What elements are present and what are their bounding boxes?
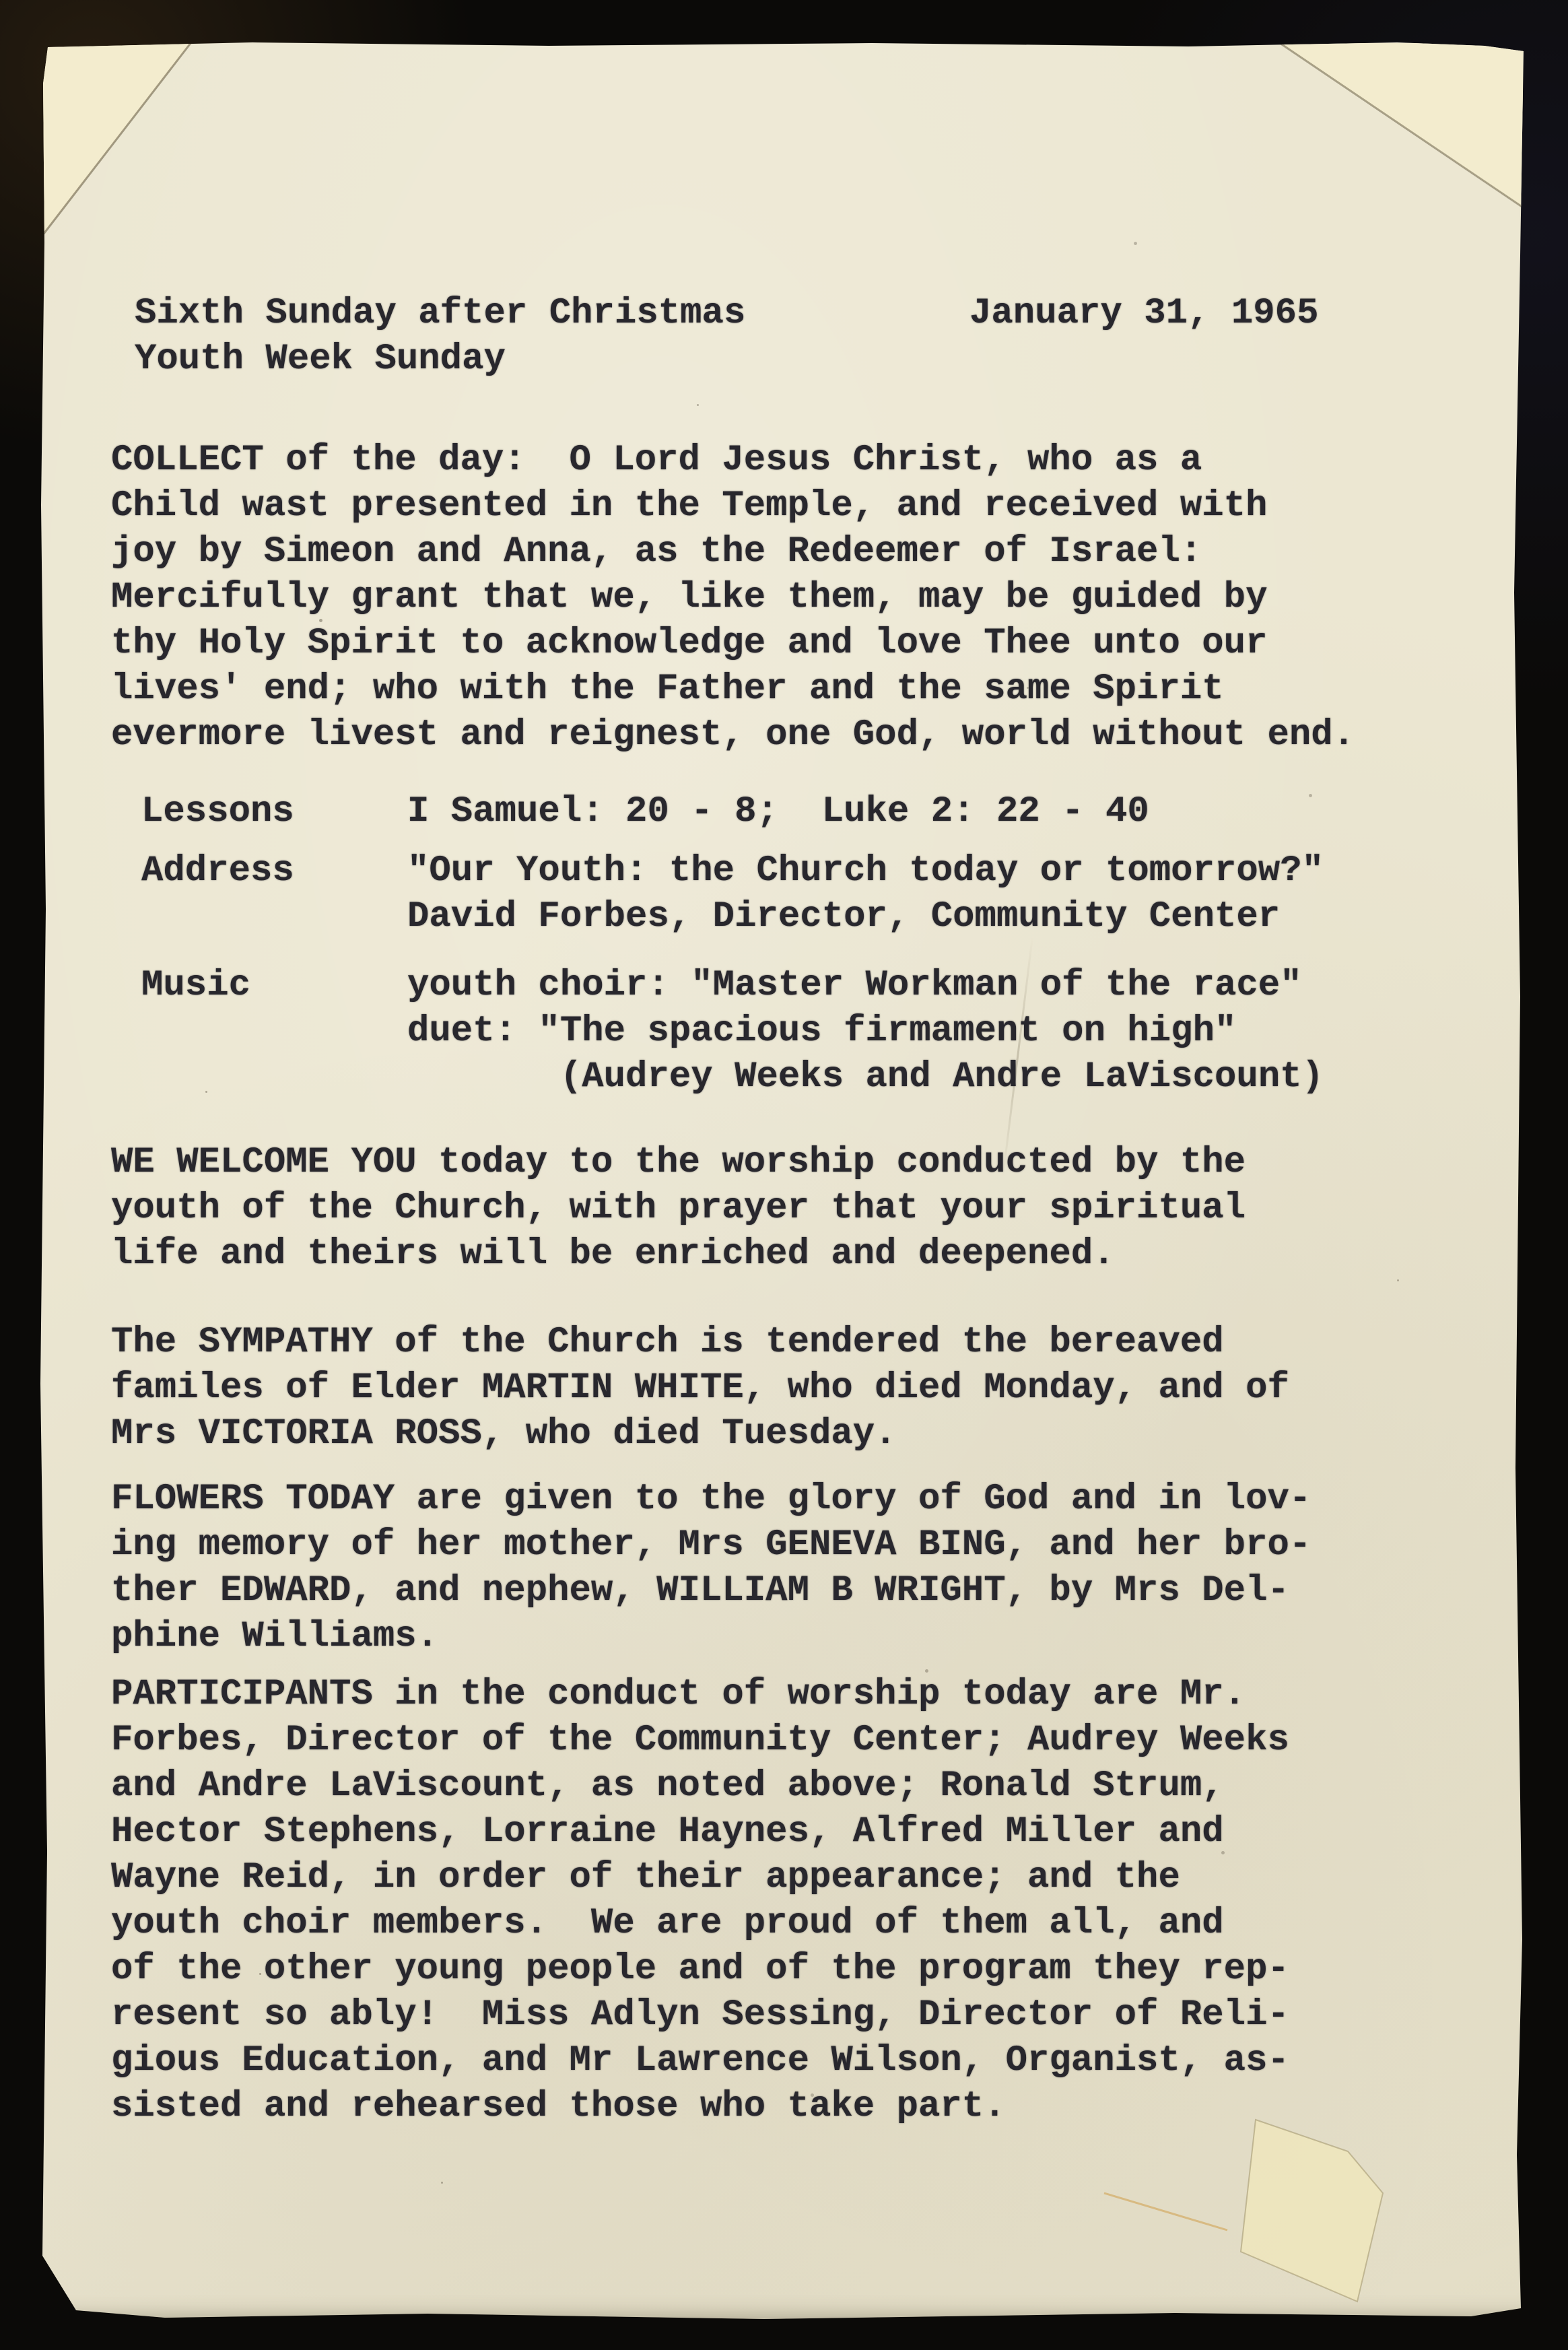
folded-corner-top-left — [39, 42, 191, 236]
bulletin-header: Sixth Sunday after Christmas Youth Week … — [135, 291, 1454, 382]
participants-paragraph: PARTICIPANTS in the conduct of worship t… — [111, 1672, 1454, 2130]
lessons-label: Lessons — [111, 789, 407, 835]
welcome-paragraph: WE WELCOME YOU today to the worship cond… — [111, 1140, 1454, 1277]
fold-crease-top-left-line — [42, 42, 191, 236]
music-value: youth choir: "Master Workman of the race… — [407, 963, 1324, 1100]
fold-crease-top-right-line — [1280, 43, 1523, 207]
schedule-row-lessons: Lessons I Samuel: 20 - 8; Luke 2: 22 - 4… — [111, 789, 1454, 835]
typewritten-content: Sixth Sunday after Christmas Youth Week … — [111, 291, 1454, 2130]
address-label: Address — [111, 848, 407, 894]
scratch-mark — [1104, 2193, 1227, 2230]
schedule-row-address: Address "Our Youth: the Church today or … — [111, 848, 1454, 940]
schedule-row-music: Music youth choir: "Master Workman of th… — [111, 963, 1454, 1100]
sympathy-paragraph: The SYMPATHY of the Church is tendered t… — [111, 1320, 1454, 1457]
music-label: Music — [111, 963, 407, 1009]
address-value: "Our Youth: the Church today or tomorrow… — [407, 848, 1324, 940]
paper-specks — [37, 40, 39, 42]
youth-week-line: Youth Week Sunday — [135, 337, 1454, 382]
flowers-paragraph: FLOWERS TODAY are given to the glory of … — [111, 1477, 1454, 1660]
bulletin-date: January 31, 1965 — [969, 291, 1318, 337]
lessons-value: I Samuel: 20 - 8; Luke 2: 22 - 40 — [407, 789, 1149, 835]
collect-paragraph: COLLECT of the day: O Lord Jesus Christ,… — [111, 438, 1454, 758]
bulletin-page: Sixth Sunday after Christmas Youth Week … — [37, 40, 1526, 2320]
tape-patch — [1241, 2120, 1383, 2302]
folded-corner-top-right — [1280, 43, 1523, 207]
photo-album-background: { "colors": { "background": "#0b0a08", "… — [0, 0, 1568, 2350]
